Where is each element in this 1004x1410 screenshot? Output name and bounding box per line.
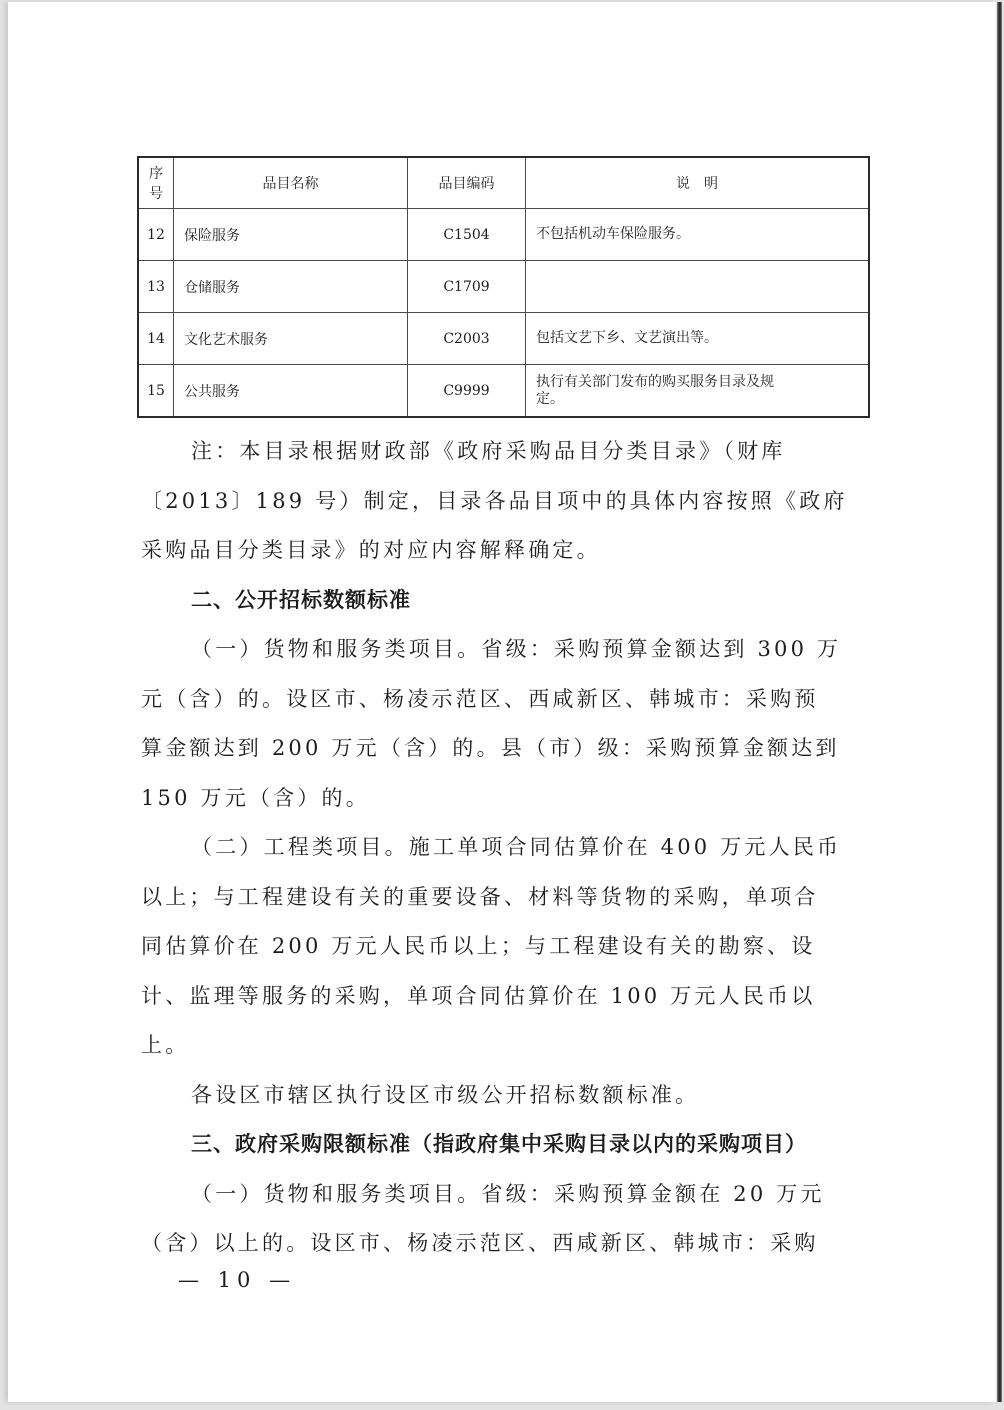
- row-item-name: 文化艺术服务: [174, 313, 408, 365]
- text-line: 计、监理等服务的采购，单项合同估算价在 100 万元人民币以: [141, 972, 881, 1022]
- row-description: 包括文艺下乡、文艺演出等。: [526, 313, 870, 365]
- text-line: 算金额达到 200 万元（含）的。县（市）级：采购预算金额达到: [141, 724, 881, 774]
- note-paragraph: 注：本目录根据财政部《政府采购品目分类目录》（财库 〔2013〕189 号）制定…: [141, 427, 881, 576]
- table-header-row: 序号 品目名称 品目编码 说 明: [138, 157, 869, 209]
- header-item-name: 品目名称: [174, 157, 408, 209]
- row-serial-no: 15: [138, 365, 174, 418]
- row-serial-no: 12: [138, 209, 174, 261]
- page-number: — 10 —: [178, 1268, 296, 1292]
- row-description: 不包括机动车保险服务。: [526, 209, 870, 261]
- row-description: [526, 261, 870, 313]
- description-line: 定。: [536, 391, 858, 408]
- paragraph-goods-services: （一）货物和服务类项目。省级：采购预算金额达到 300 万 元（含）的。设区市、…: [141, 625, 881, 823]
- table-row: 14 文化艺术服务 C2003 包括文艺下乡、文艺演出等。: [138, 313, 869, 365]
- description-line: 执行有关部门发布的购买服务目录及规: [536, 374, 858, 391]
- text-line: 150 万元（含）的。: [141, 774, 881, 824]
- header-item-code: 品目编码: [408, 157, 526, 209]
- table-row: 15 公共服务 C9999 执行有关部门发布的购买服务目录及规 定。: [138, 365, 869, 418]
- section-heading: 二、公开招标数额标准: [141, 576, 881, 626]
- text-line: 上。: [141, 1021, 881, 1071]
- paragraph-district-rule: 各设区市辖区执行设区市级公开招标数额标准。: [141, 1071, 881, 1121]
- header-serial-no: 序号: [138, 157, 174, 209]
- text-line: 以上；与工程建设有关的重要设备、材料等货物的采购，单项合: [141, 873, 881, 923]
- text-line: 〔2013〕189 号）制定，目录各品目项中的具体内容按照《政府: [141, 477, 881, 527]
- text-line: 元（含）的。设区市、杨凌示范区、西咸新区、韩城市：采购预: [141, 675, 881, 725]
- row-item-name: 保险服务: [174, 209, 408, 261]
- paragraph-limit-goods-services: （一）货物和服务类项目。省级：采购预算金额在 20 万元 （含）以上的。设区市、…: [141, 1170, 881, 1269]
- row-item-name: 仓储服务: [174, 261, 408, 313]
- paragraph-engineering: （二）工程类项目。施工单项合同估算价在 400 万元人民币 以上；与工程建设有关…: [141, 823, 881, 1071]
- text-line: 注：本目录根据财政部《政府采购品目分类目录》（财库: [141, 427, 881, 477]
- text-line: （含）以上的。设区市、杨凌示范区、西咸新区、韩城市：采购: [141, 1219, 881, 1269]
- text-line: （一）货物和服务类项目。省级：采购预算金额在 20 万元: [141, 1170, 881, 1220]
- table-row: 13 仓储服务 C1709: [138, 261, 869, 313]
- row-item-code: C2003: [408, 313, 526, 365]
- text-line: （二）工程类项目。施工单项合同估算价在 400 万元人民币: [141, 823, 881, 873]
- row-item-code: C1709: [408, 261, 526, 313]
- row-description: 执行有关部门发布的购买服务目录及规 定。: [526, 365, 870, 418]
- text-line: 采购品目分类目录》的对应内容解释确定。: [141, 526, 881, 576]
- header-description: 说 明: [526, 157, 870, 209]
- text-line: （一）货物和服务类项目。省级：采购预算金额达到 300 万: [141, 625, 881, 675]
- row-item-code: C9999: [408, 365, 526, 418]
- row-item-name: 公共服务: [174, 365, 408, 418]
- section-heading: 三、政府采购限额标准（指政府集中采购目录以内的采购项目）: [141, 1120, 881, 1170]
- document-page: 序号 品目名称 品目编码 说 明 12 保险服务 C1504 不包括机动车保险服…: [8, 2, 996, 1402]
- document-body: 注：本目录根据财政部《政府采购品目分类目录》（财库 〔2013〕189 号）制定…: [141, 427, 881, 1269]
- table-row: 12 保险服务 C1504 不包括机动车保险服务。: [138, 209, 869, 261]
- procurement-catalog-table: 序号 品目名称 品目编码 说 明 12 保险服务 C1504 不包括机动车保险服…: [137, 156, 870, 418]
- row-serial-no: 14: [138, 313, 174, 365]
- row-serial-no: 13: [138, 261, 174, 313]
- text-line: 同估算价在 200 万元人民币以上；与工程建设有关的勘察、设: [141, 922, 881, 972]
- row-item-code: C1504: [408, 209, 526, 261]
- scan-border: [997, 2, 1002, 1402]
